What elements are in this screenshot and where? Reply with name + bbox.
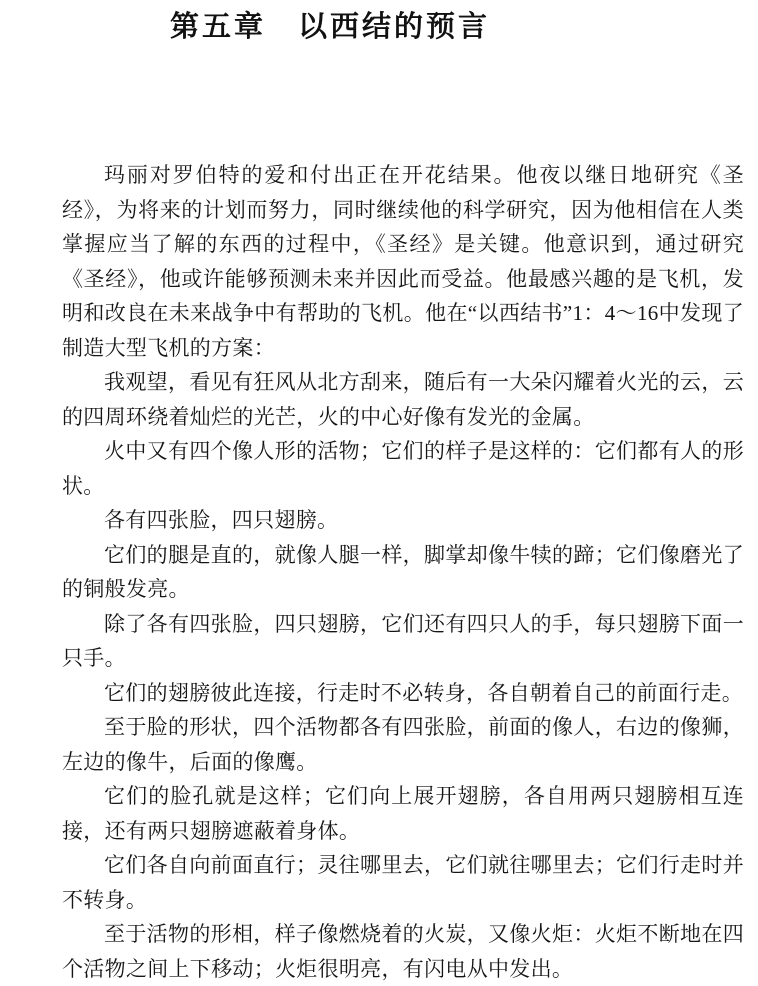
book-page: 第五章 以西结的预言 玛丽对罗伯特的爱和付出正在开花结果。他夜以继日地研究《圣经…: [0, 0, 758, 986]
paragraph-face-forms: 至于脸的形状，四个活物都各有四张脸，前面的像人，右边的像狮，左边的像牛，后面的像…: [62, 710, 744, 779]
paragraph-vision: 我观望，看见有狂风从北方刮来，随后有一大朵闪耀着火光的云，云的四周环绕着灿烂的光…: [62, 365, 744, 434]
paragraph-wings: 它们的翅膀彼此连接，行走时不必转身，各自朝着自己的前面行走。: [62, 676, 744, 711]
paragraph-faces: 各有四张脸，四只翅膀。: [62, 503, 744, 538]
paragraph-wing-cover: 它们的脸孔就是这样；它们向上展开翅膀，各自用两只翅膀相互连接，还有两只翅膀遮蔽着…: [62, 779, 744, 848]
paragraph-legs: 它们的腿是直的，就像人腿一样，脚掌却像牛犊的蹄；它们像磨光了的铜般发亮。: [62, 538, 744, 607]
body-text-block: 玛丽对罗伯特的爱和付出正在开花结果。他夜以继日地研究《圣经》，为将来的计划而努力…: [62, 158, 744, 986]
paragraph-movement: 它们各自向前面直行；灵往哪里去，它们就往哪里去；它们行走时并不转身。: [62, 848, 744, 917]
chapter-title: 第五章 以西结的预言: [170, 4, 490, 45]
paragraph-creatures: 火中又有四个像人形的活物；它们的样子是这样的：它们都有人的形状。: [62, 434, 744, 503]
paragraph-intro: 玛丽对罗伯特的爱和付出正在开花结果。他夜以继日地研究《圣经》，为将来的计划而努力…: [62, 158, 744, 365]
paragraph-hands: 除了各有四张脸，四只翅膀，它们还有四只人的手，每只翅膀下面一只手。: [62, 607, 744, 676]
paragraph-torches: 至于活物的形相，样子像燃烧着的火炭，又像火炬：火炬不断地在四个活物之间上下移动；…: [62, 917, 744, 986]
